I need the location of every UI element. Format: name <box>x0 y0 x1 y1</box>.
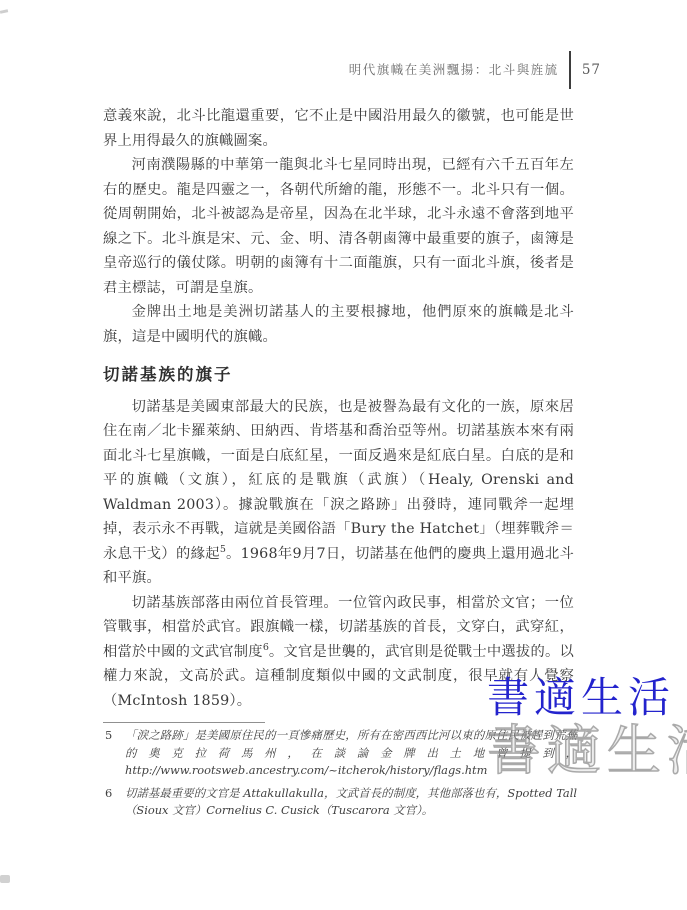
section-heading: 切諾基族的旗子 <box>103 363 574 388</box>
footnote-separator <box>103 722 265 723</box>
watermark-blue: 書適生活 <box>487 676 675 720</box>
paragraph-text: 切諾基是美國東部最大的民族，也是被譽為最有文化的一族，原來居住在南／北卡羅萊納、… <box>103 399 574 562</box>
scan-artifact-top-left <box>0 9 8 14</box>
scan-artifact-bottom-left <box>0 875 10 883</box>
page-number: 57 <box>571 50 601 90</box>
running-title: 明代旗幟在美洲飄揚：北斗與旌旈 <box>349 50 569 90</box>
book-page: 明代旗幟在美洲飄揚：北斗與旌旈 57 意義來說，北斗比龍還重要，它不止是中國沿用… <box>0 0 687 910</box>
footnote-text: 切諾基最重要的文官是 Attakullakulla，文武首長的制度，其他部落也有… <box>125 786 577 818</box>
footnote-marker: 5 <box>105 727 112 745</box>
paragraph-text: 河南濮陽縣的中華第一龍與北斗七星同時出現，已經有六千五百年左右的歷史。龍是四靈之… <box>103 157 574 296</box>
body-paragraph: 意義來說，北斗比龍還重要，它不止是中國沿用最久的徽號，也可能是世界上用得最久的旗… <box>103 104 574 153</box>
paragraph-text: 意義來說，北斗比龍還重要，它不止是中國沿用最久的徽號，也可能是世界上用得最久的旗… <box>103 108 574 149</box>
paragraph-text: 金牌出土地是美洲切諾基人的主要根據地，他們原來的旗幟是北斗旗，這是中國明代的旗幟… <box>103 304 574 345</box>
body-text: 意義來說，北斗比龍還重要，它不止是中國沿用最久的徽號，也可能是世界上用得最久的旗… <box>103 104 574 713</box>
watermark-gray: 書適生活 <box>487 722 687 780</box>
body-paragraph: 金牌出土地是美洲切諾基人的主要根據地，他們原來的旗幟是北斗旗，這是中國明代的旗幟… <box>103 300 574 349</box>
footnote-marker: 6 <box>105 785 112 803</box>
page-header: 明代旗幟在美洲飄揚：北斗與旌旈 57 <box>349 50 601 90</box>
paragraph-text: 切諾基族的旗子 <box>103 365 233 384</box>
body-paragraph: 河南濮陽縣的中華第一龍與北斗七星同時出現，已經有六千五百年左右的歷史。龍是四靈之… <box>103 153 574 300</box>
body-paragraph: 切諾基是美國東部最大的民族，也是被譽為最有文化的一族，原來居住在南／北卡羅萊納、… <box>103 395 574 591</box>
footnote: 6切諾基最重要的文官是 Attakullakulla，文武首長的制度，其他部落也… <box>103 785 577 820</box>
